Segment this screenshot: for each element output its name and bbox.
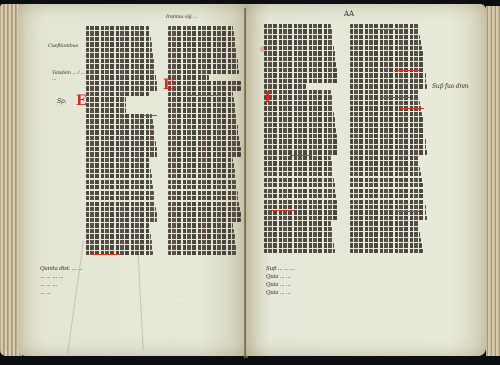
script-line [350,150,427,154]
script-line [168,141,240,145]
script-line [168,240,235,244]
rubric-line [380,97,410,98]
script-line [264,128,336,132]
script-line [264,172,333,176]
script-line [264,134,337,138]
script-line [350,139,426,143]
script-line [168,75,209,79]
script-line [350,35,420,39]
script-line [168,212,241,216]
rubric-line [143,115,157,116]
script-line [350,172,421,176]
marginal-note-right: Sup̄ fuo dnm [432,83,469,90]
marginal-note-mid: Sp. [57,98,66,105]
script-line [264,40,333,44]
script-line [86,64,154,68]
script-line [350,200,425,204]
script-line [264,189,335,193]
script-line [350,40,421,44]
script-line [86,26,149,30]
script-line [350,128,424,132]
script-line [86,202,155,206]
script-line [86,31,150,35]
script-line [264,139,338,143]
script-line [168,147,241,151]
script-line [264,79,338,83]
script-line [168,152,241,156]
script-line [350,238,421,242]
script-line [86,147,157,151]
script-line [350,145,426,149]
script-line [264,183,335,187]
script-line [350,46,422,50]
rubric-line [400,108,424,109]
script-line [168,125,238,129]
script-line [168,169,235,173]
script-line [350,221,419,225]
script-line [86,185,153,189]
script-line [168,31,234,35]
script-line [168,223,233,227]
script-line [168,37,235,41]
script-line [350,123,423,127]
script-line [86,130,154,134]
script-line [350,178,422,182]
script-line [168,70,239,74]
script-line [168,53,237,57]
script-line [86,81,157,85]
script-line [86,245,152,249]
script-line [168,108,235,112]
script-line [264,29,332,33]
script-line [350,232,420,236]
script-line [350,243,422,247]
script-line [86,48,152,52]
script-line [86,212,157,216]
script-line [168,218,241,222]
script-line [264,156,331,160]
script-line [86,70,155,74]
script-line [168,114,236,118]
script-line [168,202,239,206]
script-line [86,108,126,112]
script-line [350,117,423,121]
script-line [264,243,334,247]
folio-number: AA [344,10,354,18]
offset-text: · · · [30,32,38,38]
script-line [350,183,423,187]
script-line [86,169,151,173]
script-line [168,196,238,200]
script-line [168,245,236,249]
script-line [350,189,423,193]
script-line [168,180,236,184]
script-line [86,196,154,200]
script-line [350,156,419,160]
script-line [264,210,338,214]
script-line [168,251,237,255]
left-footer-text: Quinta dist. ... ... ... ... ... ... ...… [40,265,240,297]
rubric-line [395,211,419,212]
script-line [86,158,149,162]
red-initial: I [264,90,271,105]
script-line [264,123,335,127]
script-line [86,141,156,145]
script-line [264,95,332,99]
script-line [350,84,427,88]
script-line [168,136,239,140]
script-line [86,86,157,90]
script-line [168,234,235,238]
script-line [264,232,332,236]
script-line [350,62,424,66]
script-line [350,249,423,253]
text-column-4 [350,24,428,254]
script-line [264,205,338,209]
script-line [86,59,154,63]
script-line [350,205,426,209]
script-line [86,53,153,57]
script-line [86,191,154,195]
rubric-line [272,210,294,211]
script-line [168,185,237,189]
script-line [350,134,425,138]
script-line [350,216,427,220]
red-initial: E [163,78,174,92]
right-footer-text: Sup̄ ... ... ... Quia ... ... Quia ... .… [266,265,446,297]
script-line [168,64,238,68]
script-line [86,240,152,244]
script-line [350,90,419,94]
script-line [264,101,332,105]
script-line [168,42,235,46]
script-line [264,112,334,116]
marginal-note-top: Cueftionibus [48,43,78,49]
script-line [264,216,339,220]
script-line [264,68,337,72]
script-line [86,125,154,129]
script-line [86,75,156,79]
script-line [86,234,151,238]
script-line [264,238,333,242]
script-line [264,46,334,50]
script-line [264,227,332,231]
script-line [264,161,332,165]
script-line [168,86,241,90]
script-line [350,101,420,105]
script-line [350,112,422,116]
script-line [264,221,331,225]
script-line [264,167,332,171]
script-line [264,62,336,66]
script-line [264,90,331,94]
script-line [264,73,338,77]
script-line [264,106,333,110]
text-column-3 [264,24,340,254]
text-column-2 [168,26,242,256]
script-line [264,57,335,61]
script-line [86,180,152,184]
script-line [168,97,234,101]
script-line [350,167,420,171]
script-line [168,119,237,123]
rubric-line [190,95,220,96]
script-line [264,145,338,149]
script-line [168,130,238,134]
script-line [168,48,236,52]
script-line [86,42,152,46]
script-line [264,150,339,154]
script-line [86,97,126,101]
script-line [168,163,234,167]
script-line [350,24,419,28]
script-line [168,103,235,107]
script-line [350,51,423,55]
script-line [264,51,335,55]
script-line [350,57,423,61]
rubric-line [376,29,398,30]
script-line [86,218,157,222]
script-line [168,81,241,85]
script-line [168,26,233,30]
script-line [168,158,233,162]
script-line [350,227,419,231]
running-head: Iramnu viij ... [166,14,197,20]
script-line [86,136,155,140]
script-line [264,200,337,204]
script-line [168,174,235,178]
rubric-line [394,70,420,71]
manuscript-photo: Iramnu viij ... Cueftionibus Tandem ... … [0,0,500,365]
script-line [86,229,150,233]
script-line [168,207,240,211]
script-line [350,29,419,33]
text-column-1 [86,26,158,256]
script-line [264,249,335,253]
script-line [350,73,426,77]
rubric-line [90,254,120,255]
script-line [264,117,335,121]
script-line [86,152,157,156]
page-edges-right [486,6,500,356]
script-line [86,223,149,227]
script-line [350,79,426,83]
script-line [350,161,419,165]
script-line [264,35,332,39]
script-line [86,103,126,107]
script-line [86,174,152,178]
script-line [86,163,150,167]
script-line [350,194,424,198]
script-line [168,191,238,195]
script-line [86,207,156,211]
script-line [168,59,238,63]
script-line [86,119,153,123]
rubric-line [290,155,312,156]
script-line [168,229,234,233]
script-line [264,24,331,28]
script-line [86,92,149,96]
script-line [264,194,336,198]
offset-text: · · · ·· · ·· · · · [175,295,186,313]
script-line [264,178,334,182]
script-line [86,37,151,41]
red-initial: E [76,94,87,108]
